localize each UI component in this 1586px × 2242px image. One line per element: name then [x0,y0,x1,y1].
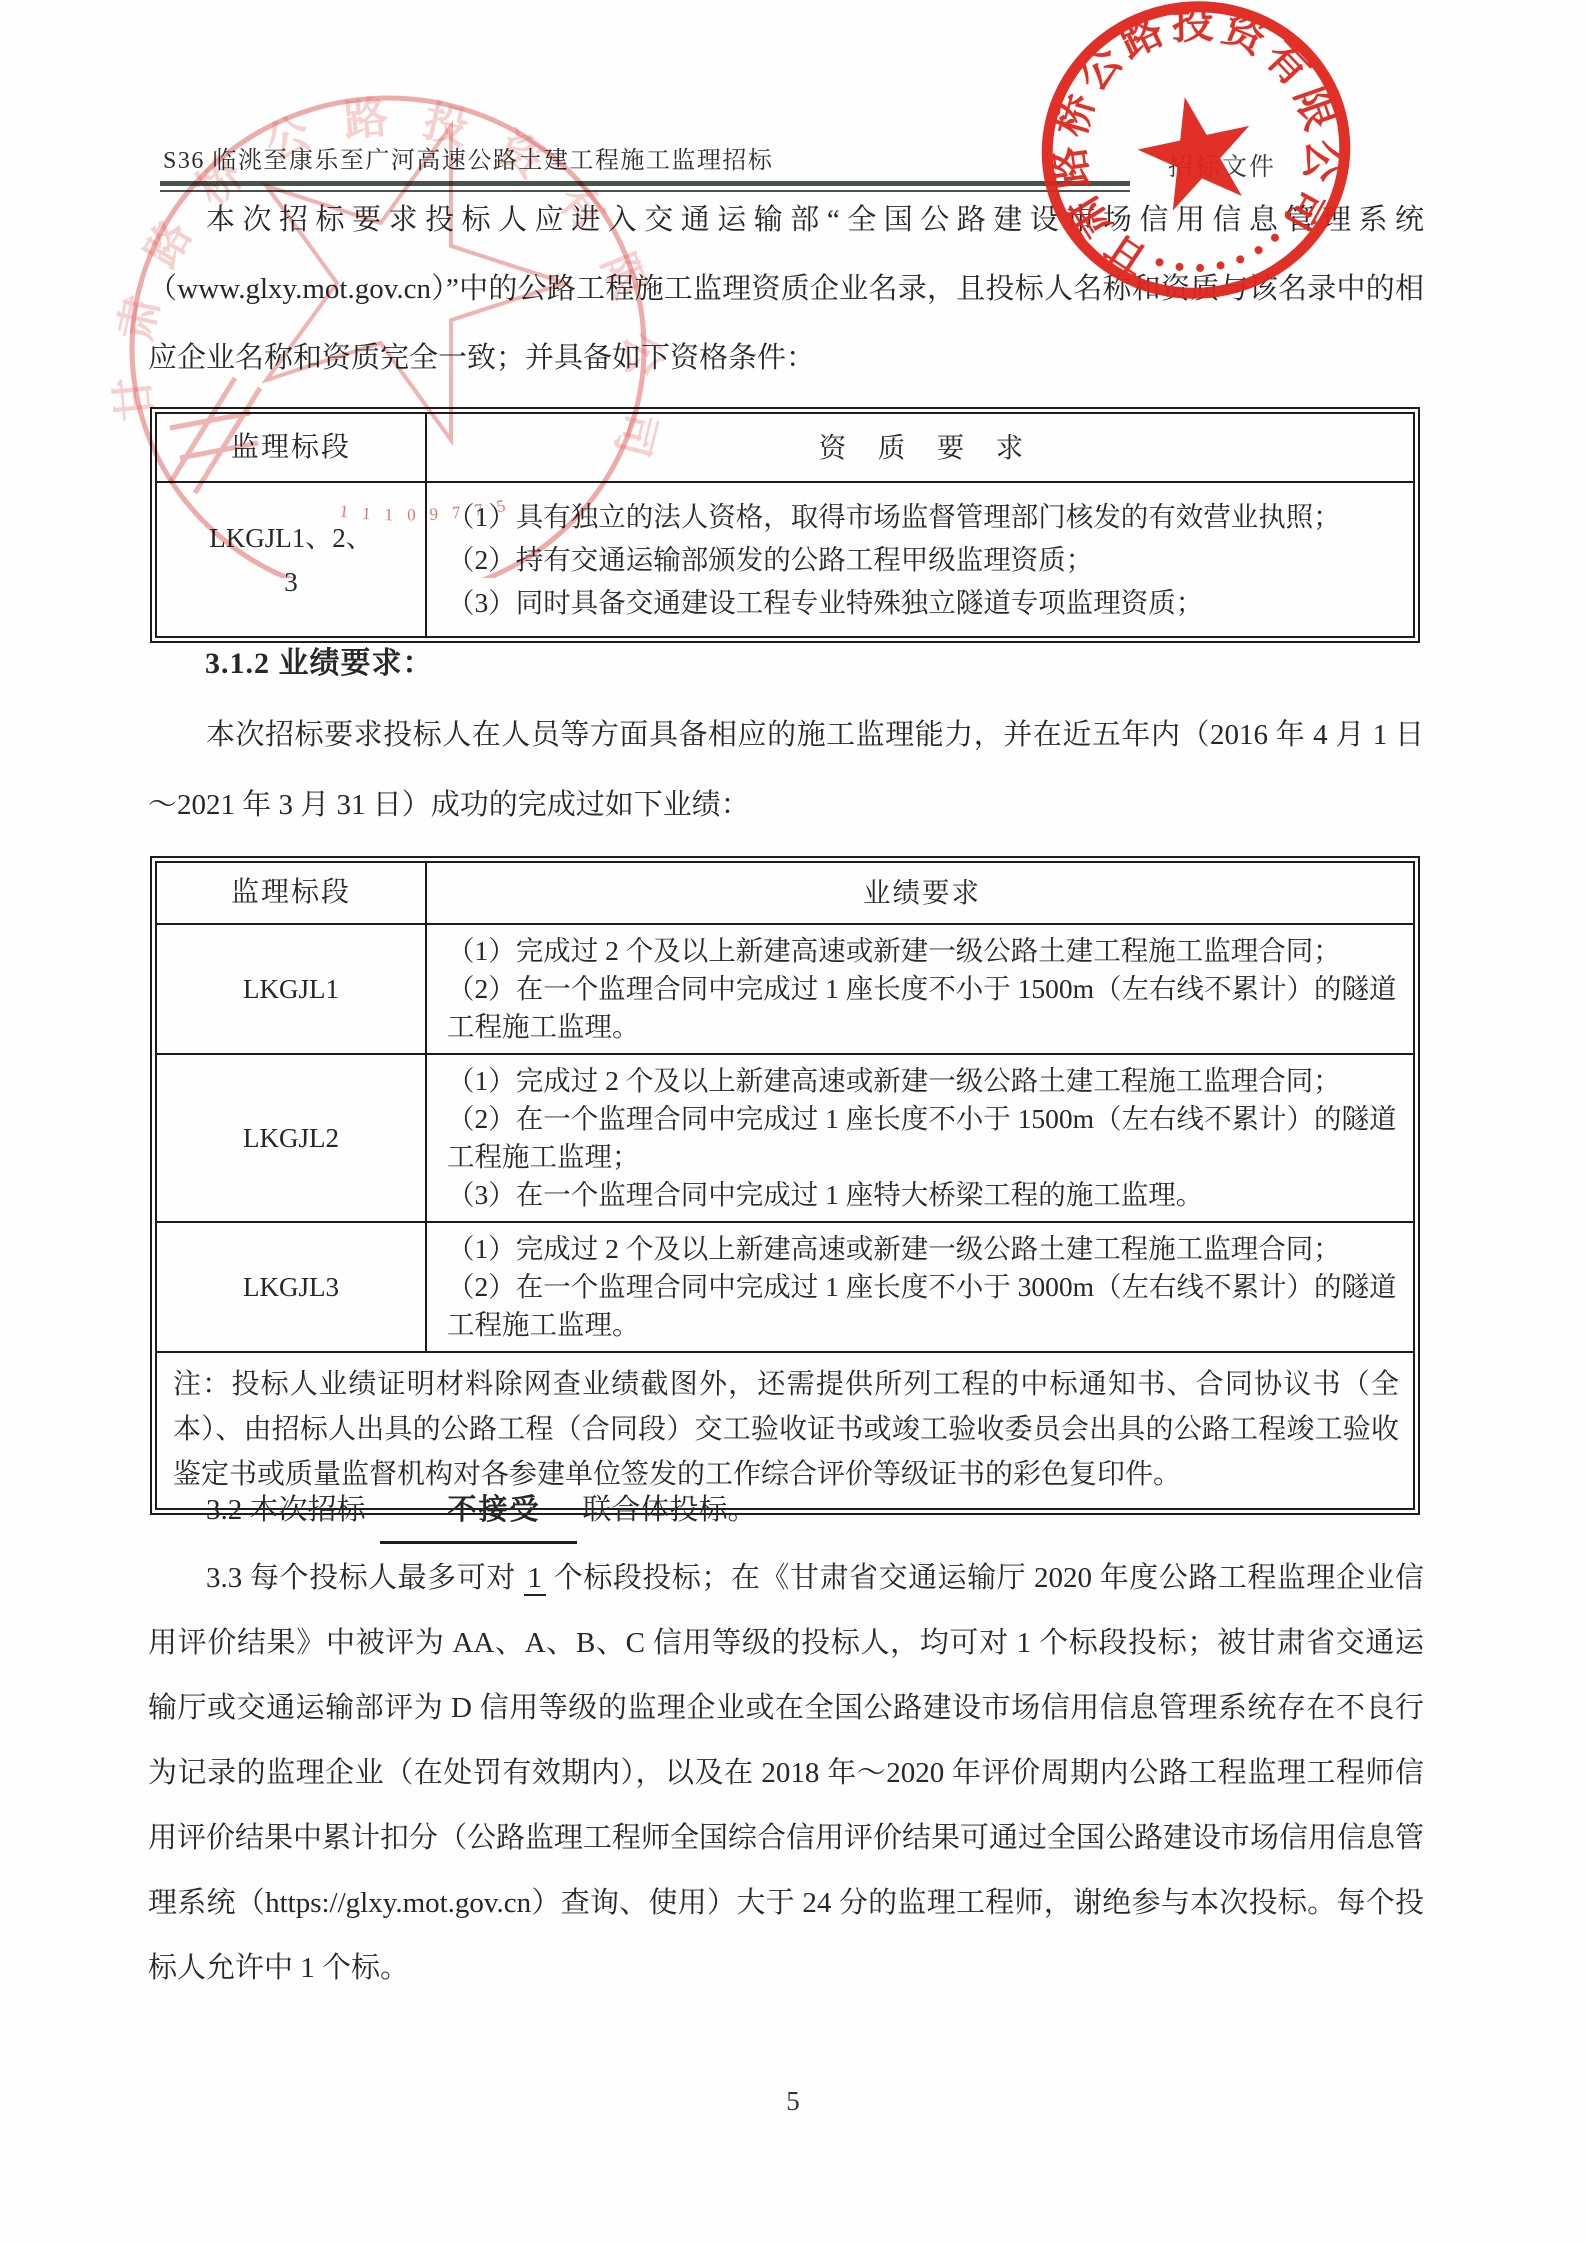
document-header-title: S36 临洮至康乐至广河高速公路土建工程施工监理招标 [163,140,773,175]
requirement-item: （1）完成过 2 个及以上新建高速或新建一级公路土建工程施工监理合同； [447,1062,1397,1100]
qualification-table-row-requirements: （1）具有独立的法人资格，取得市场监督管理部门核发的有效营业执照； （2）持有交… [425,481,1413,636]
requirement-item: （1）具有独立的法人资格，取得市场监督管理部门核发的有效营业执照； [447,495,1397,538]
section-3-1-2-heading: 3.1.2 业绩要求： [205,638,434,682]
performance-row-section: LKGJL1 [157,923,425,1053]
performance-row-requirements: （1）完成过 2 个及以上新建高速或新建一级公路土建工程施工监理合同； （2）在… [425,1221,1413,1351]
section-3-3-lead: 3.3 每个投标人最多可对 [206,1562,524,1594]
qualification-table-header-requirement: 资 质 要 求 [425,414,1413,481]
requirement-item: （2）在一个监理合同中完成过 1 座长度不小于 3000m（左右线不累计）的隧道… [447,1268,1397,1344]
section-3-3-body: 个标段投标；在《甘肃省交通运输厅 2020 年度公路工程监理企业信用评价结果》中… [148,1562,1424,1984]
doc-type-label: 招标文件 [1168,147,1276,183]
performance-table-header-requirement: 业绩要求 [425,863,1413,923]
page-number: 5 [0,2086,1586,2117]
section-3-2-suffix: 联合体投标。 [583,1494,757,1526]
requirement-item: （2）持有交通运输部颁发的公路工程甲级监理资质； [447,538,1397,581]
section-code: LKGJL1、2、3 [206,516,376,604]
performance-row-section: LKGJL2 [157,1053,425,1221]
qualification-table-row-section: LKGJL1、2、3 [157,481,425,636]
performance-table: 监理标段 业绩要求 LKGJL1 （1）完成过 2 个及以上新建高速或新建一级公… [150,856,1420,1515]
performance-row-requirements: （1）完成过 2 个及以上新建高速或新建一级公路土建工程施工监理合同； （2）在… [425,1053,1413,1221]
qualification-table: 监理标段 资 质 要 求 LKGJL1、2、3 （1）具有独立的法人资格，取得市… [150,407,1420,643]
requirement-item: （1）完成过 2 个及以上新建高速或新建一级公路土建工程施工监理合同； [447,932,1397,970]
requirement-item: （3）在一个监理合同中完成过 1 座特大桥梁工程的施工监理。 [447,1176,1397,1214]
section-code: LKGJL3 [243,1265,339,1309]
performance-row-requirements: （1）完成过 2 个及以上新建高速或新建一级公路土建工程施工监理合同； （2）在… [425,923,1413,1053]
section-3-2-emphasized: 不接受 [380,1480,577,1544]
section-3-2-prefix: 3.2 本次招标 [206,1494,366,1526]
section-code: LKGJL2 [243,1116,339,1160]
section-3-3-paragraph: 3.3 每个投标人最多可对 1 个标段投标；在《甘肃省交通运输厅 2020 年度… [148,1546,1424,2001]
section-code: LKGJL1 [243,967,339,1011]
requirement-item: （1）完成过 2 个及以上新建高速或新建一级公路土建工程施工监理合同； [447,1230,1397,1268]
section-3-3-underlined-value: 1 [524,1562,547,1596]
performance-table-header-section: 监理标段 [157,863,425,923]
document-page: S36 临洮至康乐至广河高速公路土建工程施工监理招标 招标文件 本次招标要求投标… [0,0,1586,2242]
requirement-item: （2）在一个监理合同中完成过 1 座长度不小于 1500m（左右线不累计）的隧道… [447,970,1397,1046]
requirement-item: （2）在一个监理合同中完成过 1 座长度不小于 1500m（左右线不累计）的隧道… [447,1100,1397,1176]
requirement-item: （3）同时具备交通建设工程专业特殊独立隧道专项监理资质； [447,581,1397,624]
qualification-table-header-section: 监理标段 [157,414,425,481]
intro-paragraph: 本次招标要求投标人应进入交通运输部“全国公路建设市场信用信息管理系统（www.g… [148,186,1424,393]
section-3-1-2-paragraph: 本次招标要求投标人在人员等方面具备相应的施工监理能力，并在近五年内（2016 年… [148,700,1424,840]
performance-row-section: LKGJL3 [157,1221,425,1351]
section-3-2-paragraph: 3.2 本次招标不接受联合体投标。 [148,1480,1424,1544]
